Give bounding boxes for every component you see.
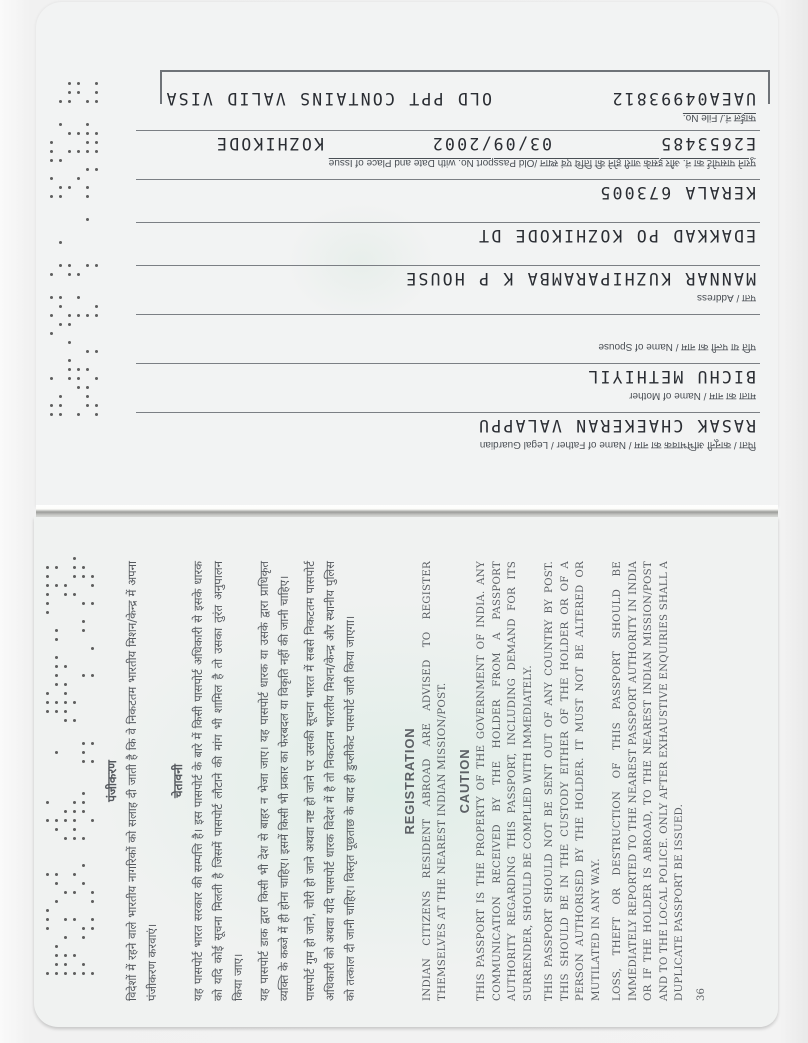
registration-heading: REGISTRATION (402, 561, 418, 1001)
address-line-2: EDAKKAD PO KOZHIKODE DT (136, 223, 760, 247)
registration-text: INDIAN CITIZENS RESIDENT ABROAD ARE ADVI… (420, 561, 451, 1001)
caution-para-3: LOSS, THEFT OR DESTRUCTION OF THIS PASSP… (610, 561, 688, 1001)
address-line-1: MANNAR KUZHIPARAMBA K P HOUSE (136, 266, 760, 290)
caution-para-1: THIS PASSPORT IS THE PROPERTY OF THE GOV… (474, 561, 536, 1001)
mother-label: माता का नाम / Name of Mother (136, 388, 760, 402)
hindi-warning-para-3: पासपोर्ट गुम हो जाने, चोरी हो जाने अथवा … (300, 561, 360, 1001)
mother-value: BICHU METHIYIL (136, 364, 760, 388)
hindi-warning-heading: चेतावनी (168, 561, 188, 1001)
field-mother: माता का नाम / Name of Mother BICHU METHI… (136, 363, 760, 402)
guardian-label: पिता / कानूनी अभिभावक का नाम / Name of F… (136, 437, 760, 451)
caution-para-2: THIS PASSPORT SHOULD NOT BE SENT OUT OF … (542, 561, 604, 1001)
passport-page-top: पिता / कानूनी अभिभावक का नाम / Name of F… (36, 2, 778, 507)
field-address: पता / Address MANNAR KUZHIPARAMBA K P HO… (136, 179, 760, 304)
field-file-no: फाईल नं./ File No. UAEA04993812 OLD PPT … (136, 86, 760, 124)
hindi-notice: पंजीकरण विदेशों में रहने वाले भारतीय नाग… (102, 561, 366, 1001)
field-old-passport: पुराने पासपोर्ट का नं. और इसके जारी होने… (136, 130, 760, 169)
address-line-3: KERALA 673005 (136, 180, 760, 204)
top-page-rotated-content: पिता / कानूनी अभिभावक का नाम / Name of F… (36, 2, 778, 507)
perforated-number-bottom (46, 557, 96, 977)
hindi-warning-para-1: यह पासपोर्ट भारत सरकार की सम्पत्ति है। इ… (188, 561, 248, 1001)
endorsement-bracket (160, 70, 770, 104)
old-passport-label: पुराने पासपोर्ट का नं. और इसके जारी होने… (136, 155, 760, 169)
spouse-value (136, 315, 760, 339)
hindi-warning-para-2: यह पासपोर्ट डाक द्वारा किसी भी देश से बा… (254, 561, 294, 1001)
hindi-registration-text: विदेशों में रहने वाले भारतीय नागरिकों को… (122, 561, 162, 1001)
page-number: 36 (694, 561, 710, 1001)
address-label: पता / Address (136, 290, 760, 304)
divider (136, 314, 760, 315)
file-no-label: फाईल नं./ File No. (136, 110, 760, 124)
field-spouse: पति या पत्नी का नाम / Name of Spouse (136, 314, 760, 353)
old-passport-date: 03/09/2002 (328, 131, 556, 155)
guardian-value: RASAK CHAEKERAN VALAPPU (136, 413, 760, 437)
old-passport-number: E2653485 (556, 131, 760, 155)
hindi-registration-heading: पंजीकरण (102, 561, 122, 1001)
spouse-label: पति या पत्नी का नाम / Name of Spouse (136, 339, 760, 353)
english-notice: REGISTRATION INDIAN CITIZENS RESIDENT AB… (402, 561, 709, 1001)
old-passport-place: KOZHIKODE (136, 131, 328, 155)
caution-heading: CAUTION (457, 561, 473, 1001)
field-guardian: पिता / कानूनी अभिभावक का नाम / Name of F… (136, 412, 760, 451)
passport-page-bottom: पंजीकरण विदेशों में रहने वाले भारतीय नाग… (34, 517, 778, 1027)
bottom-page-rotated-content: पंजीकरण विदेशों में रहने वाले भारतीय नाग… (102, 521, 762, 1001)
